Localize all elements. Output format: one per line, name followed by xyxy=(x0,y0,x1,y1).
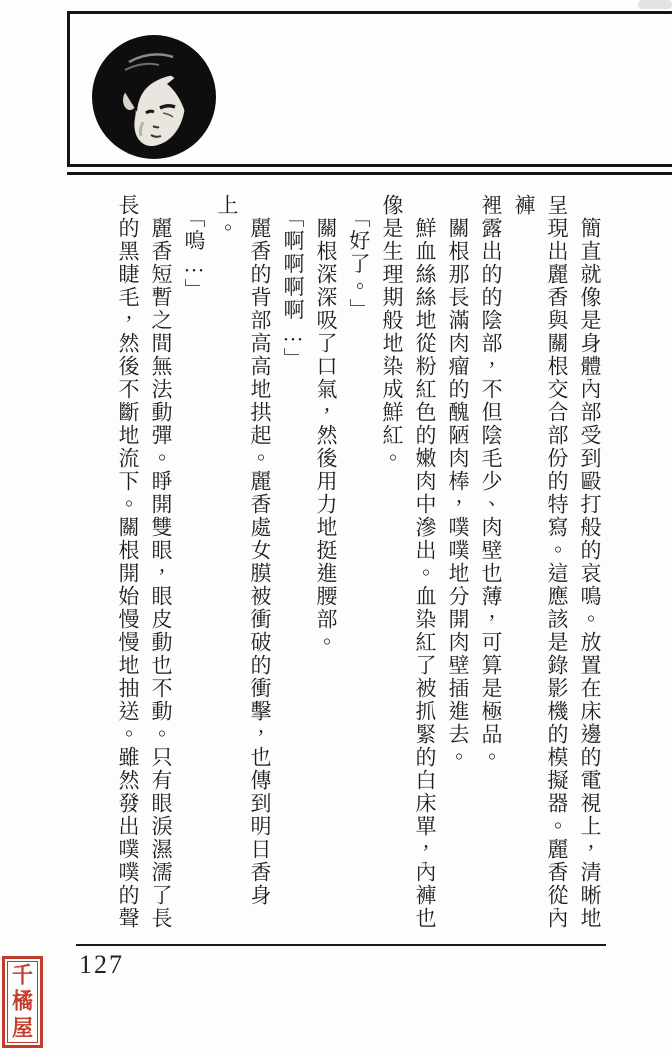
footer-divider xyxy=(76,944,606,946)
paragraph-3: 鮮血絲絲地從粉紅色的嫩肉中滲出。血染紅了被抓緊的白床單，內褲也 像是生理期般地染… xyxy=(375,194,441,942)
paragraph-2: 關根那長滿肉瘤的醜陋肉棒，噗噗地分開肉壁插進去。 xyxy=(441,194,474,942)
header-divider xyxy=(67,172,672,175)
portrait-circle xyxy=(91,34,217,160)
paragraph-6-dialogue: 「啊啊啊啊…」 xyxy=(276,194,309,942)
page-number: 127 xyxy=(79,950,124,980)
paragraph-1: 簡直就像是身體內部受到毆打般的哀鳴。放置在床邊的電視上，清晰地 呈現出麗香與關根… xyxy=(474,194,606,942)
girl-portrait-icon xyxy=(91,34,217,160)
paragraph-7: 麗香的背部高高地拱起。麗香處女膜被衝破的衝擊，也傳到明日香身 上。 xyxy=(210,194,276,942)
paragraph-4-dialogue: 「好了。」 xyxy=(342,194,375,942)
novel-text-block: 簡直就像是身體內部受到毆打般的哀鳴。放置在床邊的電視上，清晰地 呈現出麗香與關根… xyxy=(144,194,606,942)
seal-character: 千 xyxy=(12,964,33,986)
seal-character: 屋 xyxy=(12,1018,33,1040)
paragraph-9: 麗香短暫之間無法動彈。睜開雙眼，眼皮動也不動。只有眼淚濕濡了長 長的黑睫毛，然後… xyxy=(111,194,177,942)
publisher-seal-border: 千 橘 屋 xyxy=(7,961,38,1043)
seal-character: 橘 xyxy=(12,991,33,1013)
paragraph-8-dialogue: 「嗚…」 xyxy=(177,194,210,942)
scan-smudge xyxy=(638,0,672,9)
publisher-seal: 千 橘 屋 xyxy=(2,956,43,1048)
paragraph-5: 關根深深吸了口氣，然後用力地挺進腰部。 xyxy=(309,194,342,942)
